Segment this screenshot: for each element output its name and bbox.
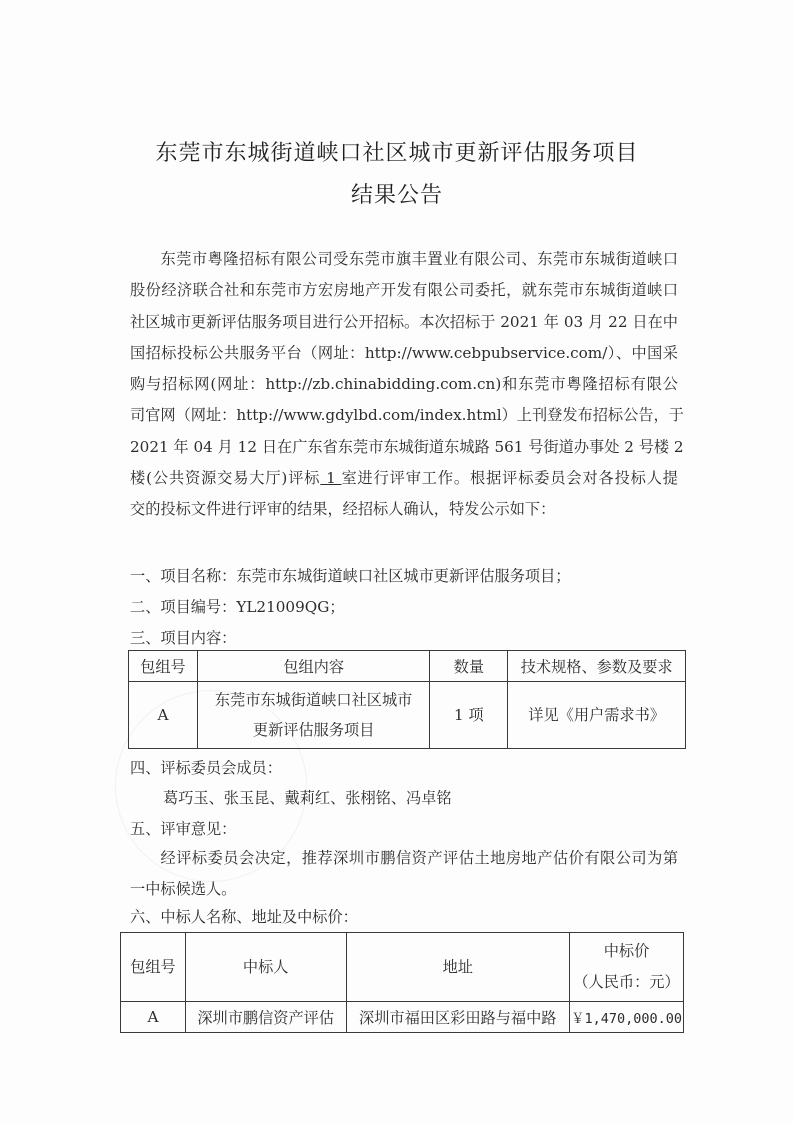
room-number: 1 bbox=[320, 469, 341, 487]
cell-address: 深圳市福田区彩田路与福中路 bbox=[346, 1002, 569, 1033]
header-package: 包组号 bbox=[129, 651, 198, 682]
intro-line: 东莞市粤隆招标有限公司受东莞市旗丰置业有限公司、东莞市东城街道峡口 bbox=[130, 244, 678, 275]
cell-package: A bbox=[121, 1002, 186, 1033]
header-quantity: 数量 bbox=[430, 651, 508, 682]
table-row: A 深圳市鹏信资产评估 深圳市福田区彩田路与福中路 ￥1,470,000.00 bbox=[121, 1002, 684, 1033]
section-winner: 六、中标人名称、地址及中标价： bbox=[130, 906, 358, 927]
table-header-row: 包组号 包组内容 数量 技术规格、参数及要求 bbox=[129, 651, 686, 682]
header-price: 中标价 （人民币：元） bbox=[570, 933, 684, 1002]
intro-line: 国招标投标公共服务平台（网址：http://www.cebpubservice.… bbox=[130, 338, 678, 369]
intro-line: 司官网（网址：http://www.gdylbd.com/index.html）… bbox=[130, 400, 678, 431]
opinion-line: 经评标委员会决定，推荐深圳市鹏信资产评估土地房地产估价有限公司为第 bbox=[130, 843, 678, 874]
document-title: 东莞市东城街道峡口社区城市更新评估服务项目 bbox=[0, 136, 794, 167]
opinion-line: 一中标候选人。 bbox=[130, 874, 678, 905]
document-page: 东莞市东城街道峡口社区城市更新评估服务项目 结果公告 东莞市粤隆招标有限公司受东… bbox=[0, 0, 794, 1123]
section-opinion: 五、评审意见： bbox=[130, 818, 236, 839]
section-project-number: 二、项目编号：YL21009QG； bbox=[130, 596, 345, 617]
table-row: A 东莞市东城街道峡口社区城市 更新评估服务项目 1 项 详见《用户需求书》 bbox=[129, 682, 686, 749]
header-content: 包组内容 bbox=[197, 651, 430, 682]
intro-line: 社区城市更新评估服务项目进行公开招标。本次招标于 2021 年 03 月 22 … bbox=[130, 307, 678, 338]
intro-line: 股份经济联合社和东莞市方宏房地产开发有限公司委托，就东莞市东城街道峡口 bbox=[130, 275, 678, 306]
cell-content: 东莞市东城街道峡口社区城市 更新评估服务项目 bbox=[197, 682, 430, 749]
cell-winner: 深圳市鹏信资产评估 bbox=[185, 1002, 346, 1033]
document-subtitle: 结果公告 bbox=[0, 178, 794, 209]
intro-line: 购与招标网(网址：http://zb.chinabidding.com.cn)和… bbox=[130, 369, 678, 400]
cell-price: ￥1,470,000.00 bbox=[570, 1002, 684, 1033]
header-address: 地址 bbox=[346, 933, 569, 1002]
project-content-table: 包组号 包组内容 数量 技术规格、参数及要求 A 东莞市东城街道峡口社区城市 更… bbox=[128, 650, 686, 749]
section-committee: 四、评标委员会成员： bbox=[130, 757, 282, 778]
section-project-name: 一、项目名称：东莞市东城街道峡口社区城市更新评估服务项目； bbox=[130, 565, 570, 586]
header-spec: 技术规格、参数及要求 bbox=[508, 651, 686, 682]
header-package: 包组号 bbox=[121, 933, 186, 1002]
intro-paragraph: 东莞市粤隆招标有限公司受东莞市旗丰置业有限公司、东莞市东城街道峡口 股份经济联合… bbox=[130, 244, 678, 526]
table-header-row: 包组号 中标人 地址 中标价 （人民币：元） bbox=[121, 933, 684, 1002]
intro-line: 2021 年 04 月 12 日在广东省东莞市东城街道东城路 561 号街道办事… bbox=[130, 432, 678, 463]
header-winner: 中标人 bbox=[185, 933, 346, 1002]
winner-table: 包组号 中标人 地址 中标价 （人民币：元） A 深圳市鹏信资产评估 深圳市福田… bbox=[120, 932, 684, 1033]
opinion-paragraph: 经评标委员会决定，推荐深圳市鹏信资产评估土地房地产估价有限公司为第 一中标候选人… bbox=[130, 843, 678, 906]
section-project-content: 三、项目内容： bbox=[130, 627, 236, 648]
cell-quantity: 1 项 bbox=[430, 682, 508, 749]
cell-package: A bbox=[129, 682, 198, 749]
intro-line: 楼(公共资源交易大厅)评标 1 室进行评审工作。根据评标委员会对各投标人提 bbox=[130, 463, 678, 494]
committee-members: 葛巧玉、张玉昆、戴莉红、张栩铭、冯卓铭 bbox=[163, 787, 452, 808]
intro-line: 交的投标文件进行评审的结果，经招标人确认，特发公示如下： bbox=[130, 494, 678, 525]
cell-spec: 详见《用户需求书》 bbox=[508, 682, 686, 749]
